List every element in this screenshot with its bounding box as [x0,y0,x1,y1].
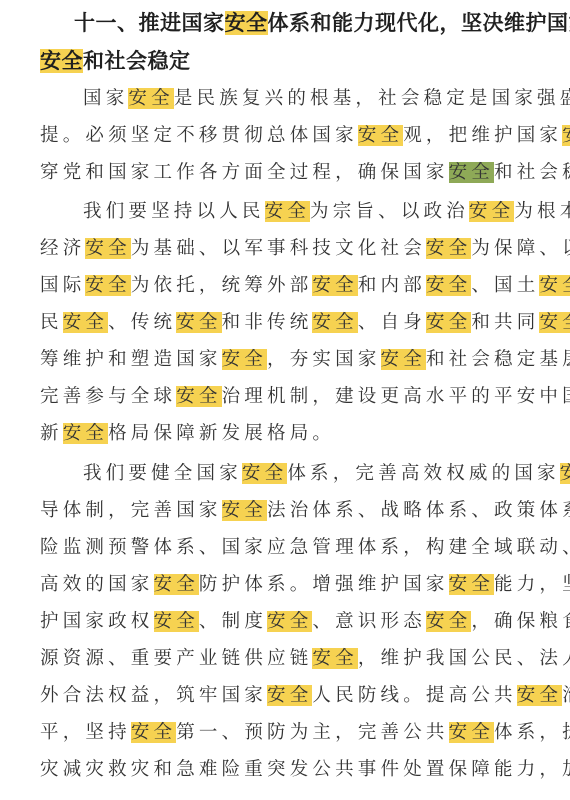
highlight-yellow: 安全 [449,722,494,743]
highlight-yellow: 安全 [63,312,108,333]
section-heading-line-2: 安全和社会稳定 [40,46,191,76]
text-run: 国家 [83,88,128,109]
highlight-yellow: 安全 [128,88,173,109]
highlight-yellow: 安全 [358,125,403,146]
text-run: 、国土 [471,275,539,296]
text-run: 能力，坚定维 [494,574,570,595]
text-run: 为根本、以 [514,201,570,222]
text-run: 体系和能力现代化，坚决维护国家 [268,11,570,35]
text-run: 格局保障新发展格局。 [108,423,335,444]
text-run: 险监测预警体系、国家应急管理体系，构建全域联动、立体 [40,537,570,558]
text-run: 穿党和国家工作各方面全过程，确保国家 [40,162,449,183]
highlight-yellow: 安全 [222,349,267,370]
text-run: 是民族复兴的根基，社会稳定是国家强盛的前 [174,88,570,109]
paragraph-line: 导体制，完善国家安全法治体系、战略体系、政策体系、风 [40,496,570,526]
highlight-yellow: 安全 [131,722,176,743]
text-run: 人民防线。提高公共 [312,685,516,706]
paragraph-line: 源资源、重要产业链供应链安全，维护我国公民、法人在海 [40,644,570,674]
paragraph-line: 险监测预警体系、国家应急管理体系，构建全域联动、立体 [40,533,570,563]
text-run: 法治体系、战略体系、政策体系、风 [267,500,570,521]
text-run: 源资源、重要产业链供应链 [40,648,312,669]
text-run: 新 [40,423,63,444]
highlight-yellow: 安全 [85,238,130,259]
text-run: ，维护我国公民、法人在海 [358,648,570,669]
paragraph-line: 民安全、传统安全和非传统安全、自身安全和共同安全，统 [40,308,570,338]
highlight-yellow: 安全 [85,275,130,296]
highlight-yellow: 安全 [539,312,570,333]
text-run: 体系，完善高效权威的国家 [287,463,559,484]
text-run: 为宗旨、以政治 [310,201,469,222]
highlight-yellow: 安全 [242,463,287,484]
highlight-yellow: 安全 [426,275,471,296]
highlight-yellow: 安全 [312,648,357,669]
text-run: 筹维护和塑造国家 [40,349,222,370]
paragraph-line: 经济安全为基础、以军事科技文化社会安全为保障、以促进 [40,234,570,264]
document-page: 十一、推进国家安全体系和能力现代化，坚决维护国家 安全和社会稳定 国家安全是民族… [0,0,570,800]
paragraph-line: 穿党和国家工作各方面全过程，确保国家安全和社会稳定。 [40,158,570,188]
paragraph-line: 筹维护和塑造国家安全，夯实国家安全和社会稳定基层基础， [40,345,570,375]
highlight-yellow: 安全 [517,685,562,706]
highlight-yellow: 安全 [267,685,312,706]
paragraph-line: 我们要健全国家安全体系，完善高效权威的国家安全领 [83,459,570,489]
highlight-yellow: 安全 [426,611,471,632]
text-run: 平，坚持 [40,722,131,743]
text-run: 经济 [40,238,85,259]
text-run: 和社会稳定。 [494,162,570,183]
paragraph-line: 高效的国家安全防护体系。增强维护国家安全能力，坚定维 [40,570,570,600]
highlight-yellow: 安全 [562,125,570,146]
text-run: 为保障、以促进 [471,238,570,259]
text-run: 灾减灾救灾和急难险重突发公共事件处置保障能力，加强个 [40,759,570,780]
highlight-yellow: 安全 [312,275,357,296]
text-run: 和内部 [358,275,426,296]
text-run: 导体制，完善国家 [40,500,222,521]
highlight-yellow: 安全 [469,201,514,222]
text-run: 外合法权益，筑牢国家 [40,685,267,706]
paragraph-line: 国际安全为依托，统筹外部安全和内部安全、国土安全和国 [40,271,570,301]
highlight-yellow: 安全 [40,49,83,73]
text-run: 提。必须坚定不移贯彻总体国家 [40,125,358,146]
highlight-yellow: 安全 [63,423,108,444]
text-run: 、制度 [199,611,267,632]
paragraph-line: 我们要坚持以人民安全为宗旨、以政治安全为根本、以 [83,197,570,227]
paragraph-line: 提。必须坚定不移贯彻总体国家安全观，把维护国家安全贯 [40,121,570,151]
text-run: 、传统 [108,312,176,333]
text-run: 完善参与全球 [40,386,176,407]
text-run: 民 [40,312,63,333]
highlight-yellow: 安全 [426,238,471,259]
highlight-green: 安全 [449,162,494,183]
paragraph-line: 外合法权益，筑牢国家安全人民防线。提高公共安全治理水 [40,681,570,711]
highlight-yellow: 安全 [449,574,494,595]
text-run: ，夯实国家 [267,349,381,370]
text-run: 防护体系。增强维护国家 [199,574,449,595]
text-run: 治理水 [562,685,570,706]
highlight-yellow: 安全 [222,500,267,521]
highlight-yellow: 安全 [381,349,426,370]
paragraph-line: 护国家政权安全、制度安全、意识形态安全，确保粮食、能 [40,607,570,637]
text-run: 、自身 [358,312,426,333]
highlight-yellow: 安全 [560,463,570,484]
text-run: 和共同 [471,312,539,333]
highlight-yellow: 安全 [176,312,221,333]
paragraph-line: 灾减灾救灾和急难险重突发公共事件处置保障能力，加强个 [40,755,570,785]
section-heading-line-1: 十一、推进国家安全体系和能力现代化，坚决维护国家 [74,8,570,38]
text-run: ，确保粮食、能 [471,611,570,632]
highlight-yellow: 安全 [265,201,310,222]
text-run: 和社会稳定基层基础， [426,349,570,370]
text-run: 观，把维护国家 [403,125,562,146]
text-run: 和社会稳定 [83,49,191,73]
highlight-yellow: 安全 [154,611,199,632]
text-run: 高效的国家 [40,574,154,595]
highlight-yellow: 安全 [426,312,471,333]
paragraph-line: 完善参与全球安全治理机制，建设更高水平的平安中国，以 [40,382,570,412]
paragraph-line: 新安全格局保障新发展格局。 [40,419,335,449]
text-run: 为基础、以军事科技文化社会 [131,238,426,259]
text-run: 我们要坚持以人民 [83,201,265,222]
text-run: 第一、预防为主，完善公共 [176,722,448,743]
highlight-yellow: 安全 [225,11,268,35]
text-run: 、意识形态 [312,611,426,632]
highlight-yellow: 安全 [312,312,357,333]
highlight-yellow: 安全 [176,386,221,407]
text-run: 国际 [40,275,85,296]
text-run: 为依托，统筹外部 [131,275,313,296]
highlight-yellow: 安全 [539,275,570,296]
text-run: 体系，提高防 [494,722,570,743]
paragraph-line: 平，坚持安全第一、预防为主，完善公共安全体系，提高防 [40,718,570,748]
highlight-yellow: 安全 [267,611,312,632]
text-run: 和非传统 [222,312,313,333]
text-run: 我们要健全国家 [83,463,242,484]
text-run: 治理机制，建设更高水平的平安中国，以 [222,386,570,407]
highlight-yellow: 安全 [154,574,199,595]
text-run: 护国家政权 [40,611,154,632]
paragraph-line: 国家安全是民族复兴的根基，社会稳定是国家强盛的前 [83,84,570,114]
text-run: 十一、推进国家 [74,11,225,35]
